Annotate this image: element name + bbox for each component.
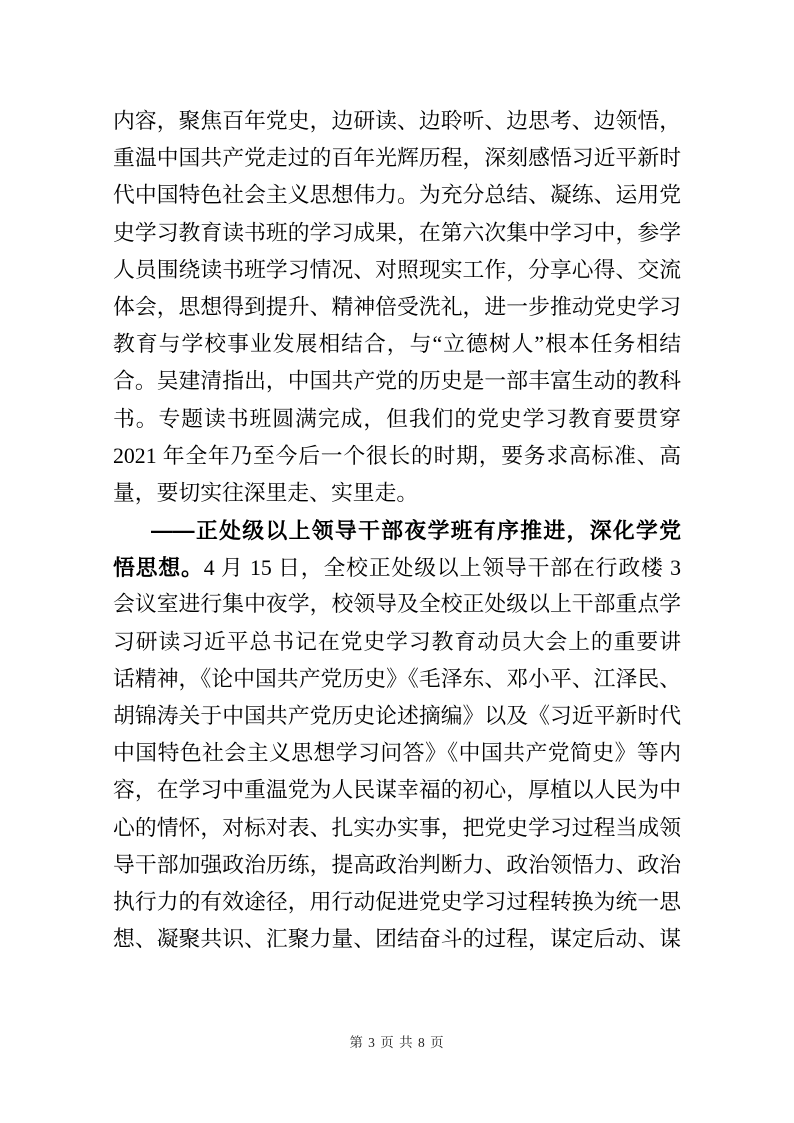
- text-line: 心的情怀，对标对表、扎实办实事，把党史学习过程当成领: [113, 810, 681, 847]
- text-run: 会议室进行集中夜学，校领导及全校正处级以上干部重点学: [113, 592, 681, 616]
- text-run: 想、凝聚共识、汇聚力量、团结奋斗的过程，谋定后动、谋: [113, 927, 681, 951]
- text-line: 重温中国共产党走过的百年光辉历程，深刻感悟习近平新时: [113, 140, 681, 177]
- text-line: 胡锦涛关于中国共产党历史论述摘编》以及《习近平新时代: [113, 698, 681, 735]
- text-run: 教育与学校事业发展相结合，与“立德树人”根本任务相结: [113, 332, 681, 356]
- text-run: 合。吴建清指出，中国共产党的历史是一部丰富生动的教科: [113, 369, 681, 393]
- text-run: 量，要切实往深里走、实里走。: [113, 481, 418, 505]
- text-run: 史学习教育读书班的学习成果，在第六次集中学习中，参学: [113, 221, 681, 245]
- text-run: 习研读习近平总书记在党史学习教育动员大会上的重要讲: [113, 630, 681, 654]
- page-number-label: 第 3 页 共 8 页: [349, 1035, 444, 1050]
- text-run: 话精神，《论中国共产党历史》《毛泽东、邓小平、江泽民、: [113, 667, 681, 691]
- text-line: 代中国特色社会主义思想伟力。为充分总结、凝练、运用党: [113, 177, 681, 214]
- text-line: 书。专题读书班圆满完成，但我们的党史学习教育要贯穿: [113, 401, 681, 438]
- bold-heading-run: ——正处级以上领导干部夜学班有序推进，深化学党史、: [151, 518, 681, 549]
- text-run: 中国特色社会主义思想学习问答》《中国共产党简史》等内: [113, 741, 681, 765]
- text-line: 习研读习近平总书记在党史学习教育动员大会上的重要讲: [113, 624, 681, 661]
- document-page: 内容，聚焦百年党史，边研读、边聆听、边思考、边领悟，重温中国共产党走过的百年光辉…: [0, 0, 794, 1123]
- text-line: 悟思想。4 月 15 日，全校正处级以上领导干部在行政楼 3 号: [113, 549, 681, 586]
- text-line: 教育与学校事业发展相结合，与“立德树人”根本任务相结: [113, 326, 681, 363]
- text-run: 胡锦涛关于中国共产党历史论述摘编》以及《习近平新时代: [113, 704, 681, 728]
- page-footer: 第 3 页 共 8 页: [0, 1033, 794, 1053]
- text-run: 容，在学习中重温党为人民谋幸福的初心，厚植以人民为中: [113, 778, 681, 802]
- text-run: 心的情怀，对标对表、扎实办实事，把党史学习过程当成领: [113, 816, 681, 840]
- text-run: 内容，聚焦百年党史，边研读、边聆听、边思考、边领悟，: [113, 109, 681, 133]
- text-line: 内容，聚焦百年党史，边研读、边聆听、边思考、边领悟，: [113, 103, 681, 140]
- text-line: 话精神，《论中国共产党历史》《毛泽东、邓小平、江泽民、: [113, 661, 681, 698]
- text-line: ——正处级以上领导干部夜学班有序推进，深化学党史、: [113, 512, 681, 549]
- text-line: 中国特色社会主义思想学习问答》《中国共产党简史》等内: [113, 735, 681, 772]
- text-run: 2021 年全年乃至今后一个很长的时期，要务求高标准、高质: [113, 444, 681, 475]
- text-line: 容，在学习中重温党为人民谋幸福的初心，厚植以人民为中: [113, 772, 681, 809]
- text-run: 执行力的有效途径，用行动促进党史学习过程转换为统一思: [113, 890, 681, 914]
- text-line: 导干部加强政治历练，提高政治判断力、政治领悟力、政治: [113, 847, 681, 884]
- document-body: 内容，聚焦百年党史，边研读、边聆听、边思考、边领悟，重温中国共产党走过的百年光辉…: [113, 103, 681, 958]
- bold-heading-run: 悟思想。: [113, 555, 204, 580]
- text-line: 想、凝聚共识、汇聚力量、团结奋斗的过程，谋定后动、谋: [113, 921, 681, 958]
- text-line: 史学习教育读书班的学习成果，在第六次集中学习中，参学: [113, 215, 681, 252]
- text-line: 执行力的有效途径，用行动促进党史学习过程转换为统一思: [113, 884, 681, 921]
- text-run: 代中国特色社会主义思想伟力。为充分总结、凝练、运用党: [113, 183, 681, 207]
- text-line: 量，要切实往深里走、实里走。: [113, 475, 681, 512]
- text-run: 体会，思想得到提升、精神倍受洗礼，进一步推动党史学习: [113, 295, 681, 319]
- text-line: 会议室进行集中夜学，校领导及全校正处级以上干部重点学: [113, 586, 681, 623]
- text-run: 重温中国共产党走过的百年光辉历程，深刻感悟习近平新时: [113, 146, 681, 170]
- text-run: 导干部加强政治历练，提高政治判断力、政治领悟力、政治: [113, 853, 681, 877]
- text-line: 合。吴建清指出，中国共产党的历史是一部丰富生动的教科: [113, 363, 681, 400]
- text-run: 书。专题读书班圆满完成，但我们的党史学习教育要贯穿: [113, 407, 681, 431]
- text-line: 人员围绕读书班学习情况、对照现实工作，分享心得、交流: [113, 252, 681, 289]
- text-run: 人员围绕读书班学习情况、对照现实工作，分享心得、交流: [113, 258, 681, 282]
- text-line: 2021 年全年乃至今后一个很长的时期，要务求高标准、高质: [113, 438, 681, 475]
- text-line: 体会，思想得到提升、精神倍受洗礼，进一步推动党史学习: [113, 289, 681, 326]
